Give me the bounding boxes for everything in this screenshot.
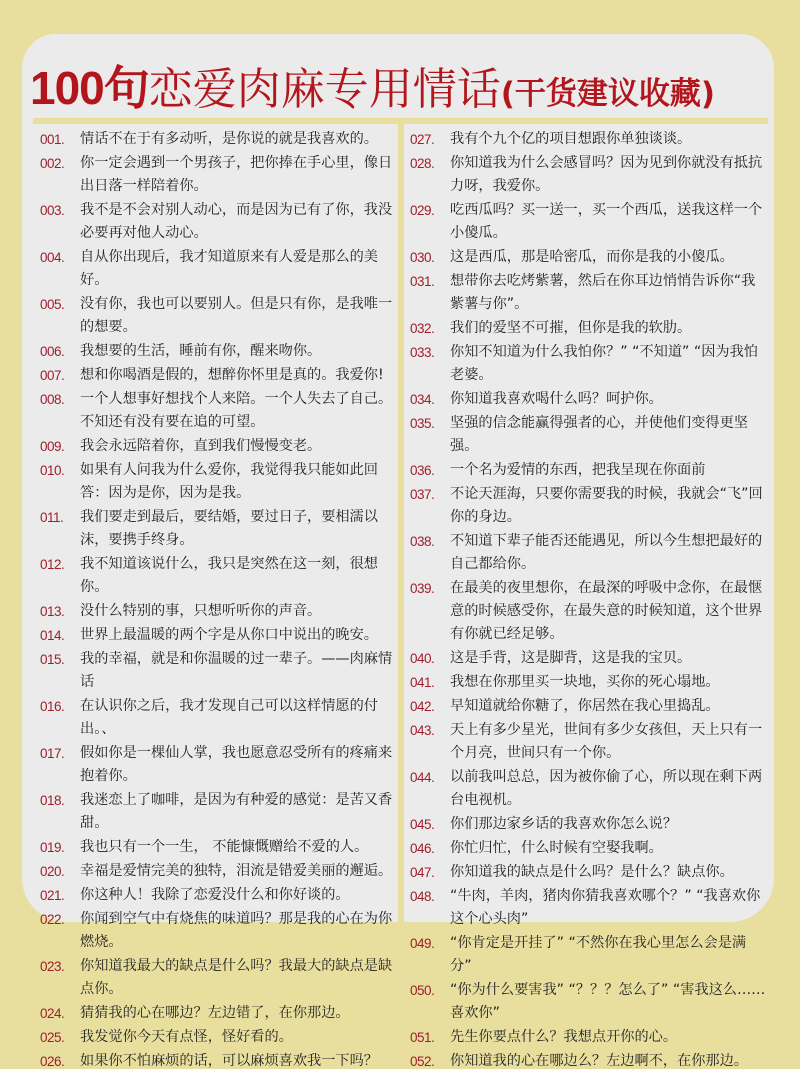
item-number: 021. [40, 884, 80, 907]
item-number: 052. [410, 1050, 450, 1069]
item-text: 你知道我的心在哪边么？左边啊不，在你那边。 [450, 1050, 766, 1069]
item-text: 天上有多少星光，世间有多少女孩但，天上只有一个月亮，世间只有一个你。 [450, 719, 766, 765]
item-text: “你肯定是开挂了” “不然你在我心里怎么会是满分” [450, 932, 766, 978]
item-text: 你一定会遇到一个男孩子，把你捧在手心里，像日出日落一样陪着你。 [80, 152, 396, 198]
item-number: 007. [40, 364, 80, 387]
item-number: 013. [40, 600, 80, 623]
list-item: 017.假如你是一棵仙人掌，我也愿意忍受所有的疼痛来抱着你。 [40, 742, 396, 788]
item-number: 037. [410, 483, 450, 506]
item-text: 这是西瓜，那是哈密瓜，而你是我的小傻瓜。 [450, 246, 766, 269]
item-text: 不知道下辈子能否还能遇见，所以今生想把最好的自己都给你。 [450, 530, 766, 576]
list-item: 023.你知道我最大的缺点是什么吗？我最大的缺点是缺点你。 [40, 955, 396, 1001]
list-item: 026.如果你不怕麻烦的话，可以麻烦喜欢我一下吗？ [40, 1050, 396, 1069]
right-column-list: 027.我有个九个亿的项目想跟你单独谈谈。028.你知道我为什么会感冒吗？因为见… [410, 128, 766, 1069]
item-text: 我也只有一个一生， 不能慷慨赠给不爱的人。 [80, 836, 396, 859]
item-text: 你知道我的缺点是什么吗？是什么？缺点你。 [450, 861, 766, 884]
list-item: 018.我迷恋上了咖啡，是因为有种爱的感觉：是苦又香甜。 [40, 789, 396, 835]
title-count: 100句 [30, 52, 149, 118]
item-text: 吃西瓜吗？买一送一，买一个西瓜，送我这样一个小傻瓜。 [450, 199, 766, 245]
item-text: 以前我叫总总，因为被你偷了心，所以现在剩下两台电视机。 [450, 766, 766, 812]
column-divider [398, 118, 404, 926]
list-item: 006.我想要的生活，睡前有你，醒来吻你。 [40, 340, 396, 363]
item-number: 008. [40, 388, 80, 411]
list-item: 032.我们的爱坚不可摧，但你是我的软肋。 [410, 317, 766, 340]
item-number: 039. [410, 577, 450, 600]
item-number: 001. [40, 128, 80, 151]
list-item: 038.不知道下辈子能否还能遇见，所以今生想把最好的自己都给你。 [410, 530, 766, 576]
list-item: 016.在认识你之后，我才发现自己可以这样情愿的付出。、 [40, 695, 396, 741]
item-text: 你知道我最大的缺点是什么吗？我最大的缺点是缺点你。 [80, 955, 396, 1001]
item-number: 041. [410, 671, 450, 694]
list-item: 028.你知道我为什么会感冒吗？因为见到你就没有抵抗力呀，我爱你。 [410, 152, 766, 198]
item-number: 015. [40, 648, 80, 671]
item-text: 我想在你那里买一块地，买你的死心塌地。 [450, 671, 766, 694]
item-text: 我不知道该说什么，我只是突然在这一刻，很想你。 [80, 553, 396, 599]
list-item: 005.没有你，我也可以要别人。但是只有你，是我唯一的想要。 [40, 293, 396, 339]
list-item: 012.我不知道该说什么，我只是突然在这一刻，很想你。 [40, 553, 396, 599]
list-item: 037.不论天涯海，只要你需要我的时候，我就会“飞”回你的身边。 [410, 483, 766, 529]
item-text: 坚强的信念能赢得强者的心，并使他们变得更坚强。 [450, 412, 766, 458]
item-number: 018. [40, 789, 80, 812]
item-number: 010. [40, 459, 80, 482]
item-text: 情话不在于有多动听，是你说的就是我喜欢的。 [80, 128, 396, 151]
list-item: 033.你知不知道为什么我怕你？” “不知道” “因为我怕老婆。 [410, 341, 766, 387]
item-text: 我想要的生活，睡前有你，醒来吻你。 [80, 340, 396, 363]
list-item: 050.“你为什么要害我” “？？？怎么了” “害我这么……喜欢你” [410, 979, 766, 1025]
item-number: 004. [40, 246, 80, 269]
list-item: 022.你闻到空气中有烧焦的味道吗？那是我的心在为你燃烧。 [40, 908, 396, 954]
item-number: 029. [410, 199, 450, 222]
item-text: 你知道我为什么会感冒吗？因为见到你就没有抵抗力呀，我爱你。 [450, 152, 766, 198]
item-number: 050. [410, 979, 450, 1002]
item-text: 你闻到空气中有烧焦的味道吗？那是我的心在为你燃烧。 [80, 908, 396, 954]
list-item: 043.天上有多少星光，世间有多少女孩但，天上只有一个月亮，世间只有一个你。 [410, 719, 766, 765]
item-number: 009. [40, 435, 80, 458]
list-item: 046.你忙归忙，什么时候有空娶我啊。 [410, 837, 766, 860]
list-item: 027.我有个九个亿的项目想跟你单独谈谈。 [410, 128, 766, 151]
item-number: 030. [410, 246, 450, 269]
item-number: 003. [40, 199, 80, 222]
list-item: 031.想带你去吃烤紫薯，然后在你耳边悄悄告诉你“我紫薯与你”。 [410, 270, 766, 316]
item-text: 这是手背，这是脚背，这是我的宝贝。 [450, 647, 766, 670]
item-text: 如果你不怕麻烦的话，可以麻烦喜欢我一下吗？ [80, 1050, 396, 1069]
item-number: 043. [410, 719, 450, 742]
item-text: 想带你去吃烤紫薯，然后在你耳边悄悄告诉你“我紫薯与你”。 [450, 270, 766, 316]
item-number: 047. [410, 861, 450, 884]
item-text: 你这种人！我除了恋爱没什么和你好谈的。 [80, 884, 396, 907]
list-item: 036.一个名为爱情的东西，把我呈现在你面前 [410, 459, 766, 482]
item-number: 028. [410, 152, 450, 175]
item-text: 没什么特别的事，只想听听你的声音。 [80, 600, 396, 623]
item-text: 早知道就给你糖了，你居然在我心里捣乱。 [450, 695, 766, 718]
item-text: 你知道我喜欢喝什么吗？呵护你。 [450, 388, 766, 411]
item-number: 049. [410, 932, 450, 955]
list-item: 045.你们那边家乡话的我喜欢你怎么说？ [410, 813, 766, 836]
list-item: 001.情话不在于有多动听，是你说的就是我喜欢的。 [40, 128, 396, 151]
item-number: 006. [40, 340, 80, 363]
item-text: 不论天涯海，只要你需要我的时候，我就会“飞”回你的身边。 [450, 483, 766, 529]
item-text: 如果有人问我为什么爱你，我觉得我只能如此回答：因为是你，因为是我。 [80, 459, 396, 505]
item-text: 一个名为爱情的东西，把我呈现在你面前 [450, 459, 766, 482]
item-text: 我的幸福，就是和你温暖的过一辈子。——肉麻情话 [80, 648, 396, 694]
item-text: 幸福是爱情完美的独特，泪流是错爱美丽的邂逅。 [80, 860, 396, 883]
item-number: 034. [410, 388, 450, 411]
list-item: 024.猜猜我的心在哪边？左边错了，在你那边。 [40, 1002, 396, 1025]
list-item: 034.你知道我喜欢喝什么吗？呵护你。 [410, 388, 766, 411]
item-text: 猜猜我的心在哪边？左边错了，在你那边。 [80, 1002, 396, 1025]
item-text: 你忙归忙，什么时候有空娶我啊。 [450, 837, 766, 860]
item-number: 038. [410, 530, 450, 553]
item-number: 040. [410, 647, 450, 670]
list-item: 048.“牛肉，羊肉，猪肉你猜我喜欢哪个？” “我喜欢你这个心头肉” [410, 885, 766, 931]
item-number: 027. [410, 128, 450, 151]
list-item: 039.在最美的夜里想你，在最深的呼吸中念你，在最惬意的时候感受你，在最失意的时… [410, 577, 766, 646]
item-number: 011. [40, 506, 80, 529]
item-number: 016. [40, 695, 80, 718]
item-text: 我迷恋上了咖啡，是因为有种爱的感觉：是苦又香甜。 [80, 789, 396, 835]
item-text: “你为什么要害我” “？？？怎么了” “害我这么……喜欢你” [450, 979, 766, 1025]
item-number: 005. [40, 293, 80, 316]
item-number: 045. [410, 813, 450, 836]
list-item: 035.坚强的信念能赢得强者的心，并使他们变得更坚强。 [410, 412, 766, 458]
item-text: 你们那边家乡话的我喜欢你怎么说？ [450, 813, 766, 836]
list-item: 004.自从你出现后，我才知道原来有人爱是那么的美好。 [40, 246, 396, 292]
item-text: 自从你出现后，我才知道原来有人爱是那么的美好。 [80, 246, 396, 292]
list-item: 047.你知道我的缺点是什么吗？是什么？缺点你。 [410, 861, 766, 884]
list-item: 002.你一定会遇到一个男孩子，把你捧在手心里，像日出日落一样陪着你。 [40, 152, 396, 198]
item-number: 019. [40, 836, 80, 859]
item-text: 世界上最温暖的两个字是从你口中说出的晚安。 [80, 624, 396, 647]
list-item: 020.幸福是爱情完美的独特，泪流是错爱美丽的邂逅。 [40, 860, 396, 883]
item-number: 048. [410, 885, 450, 908]
list-item: 029.吃西瓜吗？买一送一，买一个西瓜，送我这样一个小傻瓜。 [410, 199, 766, 245]
list-item: 040.这是手背，这是脚背，这是我的宝贝。 [410, 647, 766, 670]
list-item: 052.你知道我的心在哪边么？左边啊不，在你那边。 [410, 1050, 766, 1069]
left-column-list: 001.情话不在于有多动听，是你说的就是我喜欢的。002.你一定会遇到一个男孩子… [40, 128, 396, 1069]
list-item: 011.我们要走到最后，要结婚，要过日子，要相濡以沫，要携手终身。 [40, 506, 396, 552]
item-number: 025. [40, 1026, 80, 1049]
list-item: 009.我会永远陪着你，直到我们慢慢变老。 [40, 435, 396, 458]
list-item: 049.“你肯定是开挂了” “不然你在我心里怎么会是满分” [410, 932, 766, 978]
item-text: 我们要走到最后，要结婚，要过日子，要相濡以沫，要携手终身。 [80, 506, 396, 552]
item-text: 一个人想事好想找个人来陪。一个人失去了自己。不知还有没有要在追的可望。 [80, 388, 396, 434]
item-text: 我有个九个亿的项目想跟你单独谈谈。 [450, 128, 766, 151]
list-item: 003.我不是不会对别人动心，而是因为已有了你，我没必要再对他人动心。 [40, 199, 396, 245]
item-number: 024. [40, 1002, 80, 1025]
item-number: 012. [40, 553, 80, 576]
item-text: 我发觉你今天有点怪，怪好看的。 [80, 1026, 396, 1049]
item-number: 035. [410, 412, 450, 435]
item-text: 在认识你之后，我才发现自己可以这样情愿的付出。、 [80, 695, 396, 741]
item-text: 在最美的夜里想你，在最深的呼吸中念你，在最惬意的时候感受你，在最失意的时候知道，… [450, 577, 766, 646]
item-number: 044. [410, 766, 450, 789]
list-item: 010.如果有人问我为什么爱你，我觉得我只能如此回答：因为是你，因为是我。 [40, 459, 396, 505]
item-text: 先生你要点什么？我想点开你的心。 [450, 1026, 766, 1049]
item-number: 032. [410, 317, 450, 340]
item-text: 想和你喝酒是假的，想醉你怀里是真的。我爱你! [80, 364, 396, 387]
item-number: 023. [40, 955, 80, 978]
item-number: 026. [40, 1050, 80, 1069]
list-item: 019.我也只有一个一生， 不能慷慨赠给不爱的人。 [40, 836, 396, 859]
list-item: 051.先生你要点什么？我想点开你的心。 [410, 1026, 766, 1049]
item-number: 051. [410, 1026, 450, 1049]
item-text: 我不是不会对别人动心，而是因为已有了你，我没必要再对他人动心。 [80, 199, 396, 245]
item-number: 022. [40, 908, 80, 931]
item-text: 假如你是一棵仙人掌，我也愿意忍受所有的疼痛来抱着你。 [80, 742, 396, 788]
item-number: 046. [410, 837, 450, 860]
item-text: 没有你，我也可以要别人。但是只有你，是我唯一的想要。 [80, 293, 396, 339]
list-item: 007.想和你喝酒是假的，想醉你怀里是真的。我爱你! [40, 364, 396, 387]
item-text: 我们的爱坚不可摧，但你是我的软肋。 [450, 317, 766, 340]
item-number: 020. [40, 860, 80, 883]
list-item: 015.我的幸福，就是和你温暖的过一辈子。——肉麻情话 [40, 648, 396, 694]
item-text: “牛肉，羊肉，猪肉你猜我喜欢哪个？” “我喜欢你这个心头肉” [450, 885, 766, 931]
list-item: 044.以前我叫总总，因为被你偷了心，所以现在剩下两台电视机。 [410, 766, 766, 812]
title-main: 恋爱肉麻专用情话 [149, 53, 501, 117]
item-number: 033. [410, 341, 450, 364]
list-item: 042.早知道就给你糖了，你居然在我心里捣乱。 [410, 695, 766, 718]
item-text: 你知不知道为什么我怕你？” “不知道” “因为我怕老婆。 [450, 341, 766, 387]
item-number: 031. [410, 270, 450, 293]
list-item: 021.你这种人！我除了恋爱没什么和你好谈的。 [40, 884, 396, 907]
item-number: 036. [410, 459, 450, 482]
item-number: 002. [40, 152, 80, 175]
item-number: 017. [40, 742, 80, 765]
list-item: 041.我想在你那里买一块地，买你的死心塌地。 [410, 671, 766, 694]
list-item: 030.这是西瓜，那是哈密瓜，而你是我的小傻瓜。 [410, 246, 766, 269]
item-number: 014. [40, 624, 80, 647]
list-item: 013.没什么特别的事，只想听听你的声音。 [40, 600, 396, 623]
item-text: 我会永远陪着你，直到我们慢慢变老。 [80, 435, 396, 458]
title-subtitle: (干货建议收藏) [501, 68, 715, 113]
item-number: 042. [410, 695, 450, 718]
page-title: 100句 恋爱肉麻专用情话 (干货建议收藏) [30, 52, 715, 118]
list-item: 025.我发觉你今天有点怪，怪好看的。 [40, 1026, 396, 1049]
list-item: 008.一个人想事好想找个人来陪。一个人失去了自己。不知还有没有要在追的可望。 [40, 388, 396, 434]
list-item: 014.世界上最温暖的两个字是从你口中说出的晚安。 [40, 624, 396, 647]
